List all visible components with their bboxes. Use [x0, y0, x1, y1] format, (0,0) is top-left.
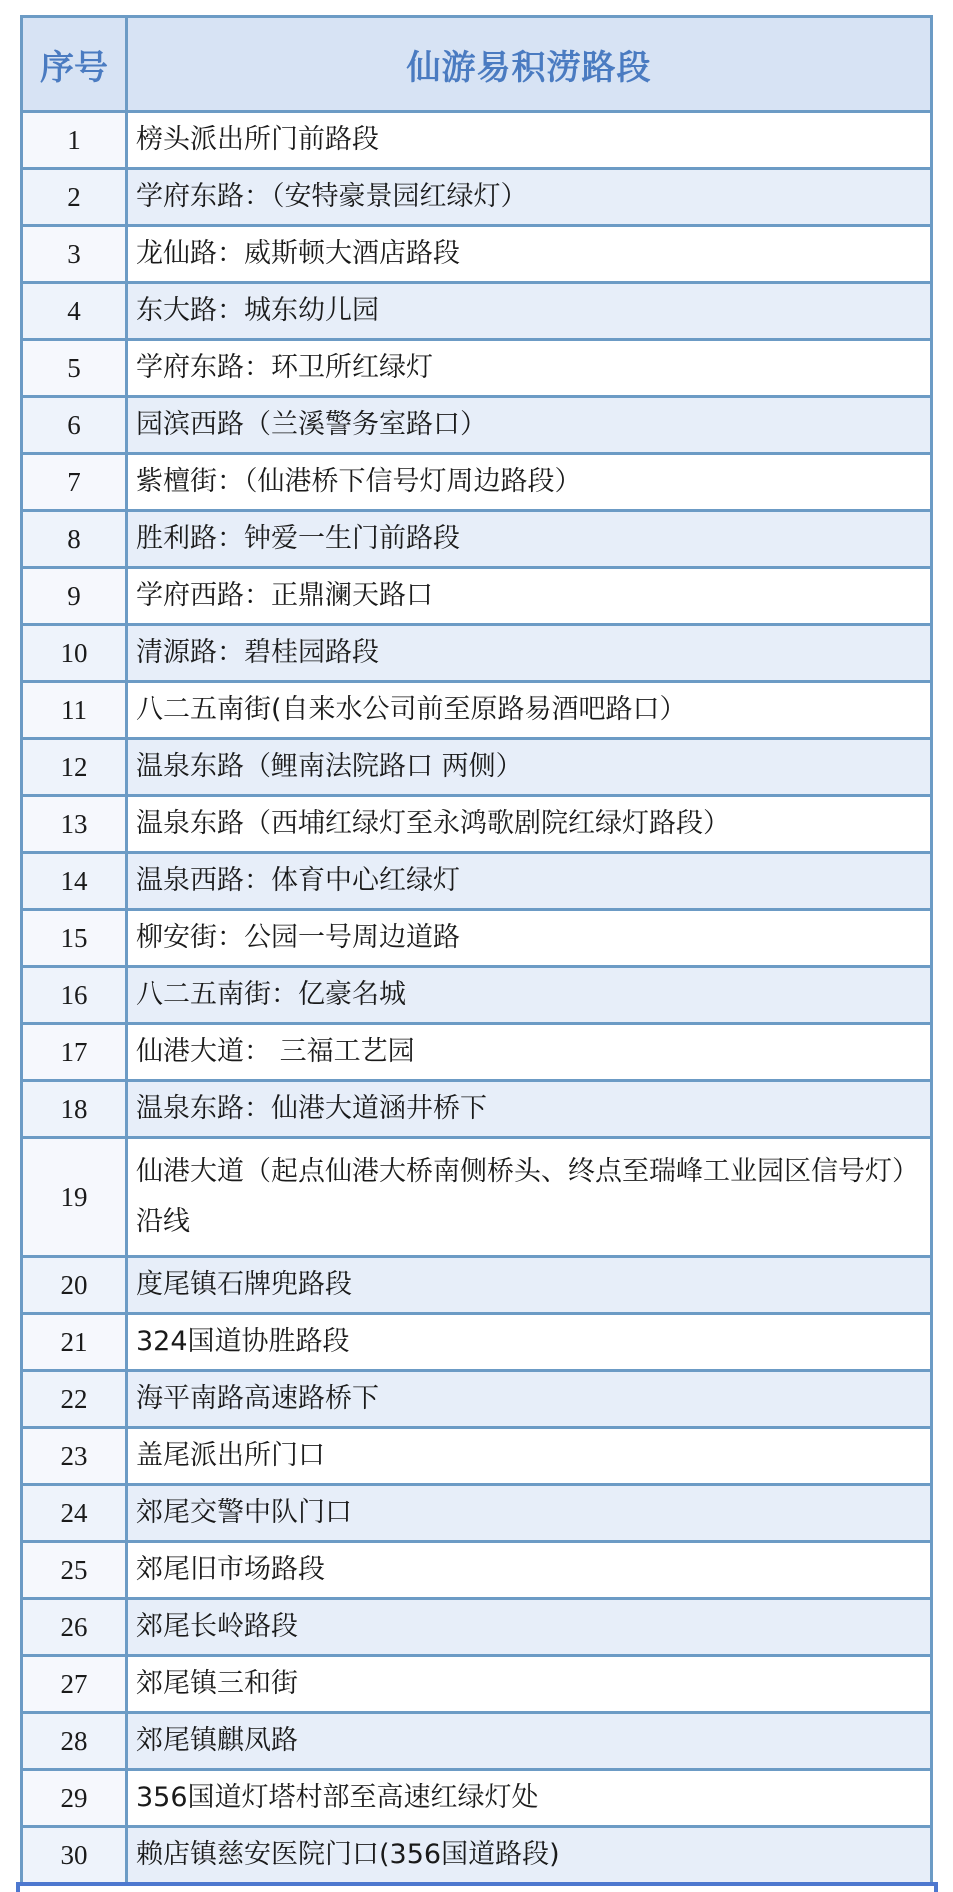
- row-road-segment: 温泉东路（鲤南法院路口 两侧）: [128, 740, 930, 794]
- row-road-segment: 郊尾长岭路段: [128, 1600, 930, 1654]
- row-road-segment: 园滨西路（兰溪警务室路口）: [128, 398, 930, 452]
- row-road-segment: 郊尾旧市场路段: [128, 1543, 930, 1597]
- row-road-segment: 海平南路高速路桥下: [128, 1372, 930, 1426]
- table-row: 19仙港大道（起点仙港大桥南侧桥头、终点至瑞峰工业园区信号灯）沿线: [23, 1139, 930, 1258]
- row-number: 29: [23, 1771, 128, 1825]
- table-row: 15柳安街：公园一号周边道路: [23, 911, 930, 968]
- row-number: 21: [23, 1315, 128, 1369]
- row-road-segment: 温泉西路：体育中心红绿灯: [128, 854, 930, 908]
- row-number: 19: [23, 1139, 128, 1255]
- row-road-segment: 柳安街：公园一号周边道路: [128, 911, 930, 965]
- row-road-segment: 紫檀街：（仙港桥下信号灯周边路段）: [128, 455, 930, 509]
- header-number-label: 序号: [23, 18, 128, 110]
- table-row: 16八二五南街：亿豪名城: [23, 968, 930, 1025]
- row-road-segment: 仙港大道： 三福工艺园: [128, 1025, 930, 1079]
- row-road-segment: 学府东路：（安特豪景园红绿灯）: [128, 170, 930, 224]
- table-row: 17仙港大道： 三福工艺园: [23, 1025, 930, 1082]
- table-row: 13温泉东路（西埔红绿灯至永鸿歌剧院红绿灯路段）: [23, 797, 930, 854]
- table-row: 9学府西路：正鼎澜天路口: [23, 569, 930, 626]
- row-number: 22: [23, 1372, 128, 1426]
- row-road-segment: 温泉东路：仙港大道涵井桥下: [128, 1082, 930, 1136]
- table-row: 30赖店镇慈安医院门口(356国道路段): [23, 1828, 930, 1882]
- table-row: 1榜头派出所门前路段: [23, 113, 930, 170]
- row-number: 28: [23, 1714, 128, 1768]
- row-number: 13: [23, 797, 128, 851]
- table-row: 5学府东路：环卫所红绿灯: [23, 341, 930, 398]
- table-row: 23盖尾派出所门口: [23, 1429, 930, 1486]
- table-row: 25郊尾旧市场路段: [23, 1543, 930, 1600]
- row-road-segment: 清源路：碧桂园路段: [128, 626, 930, 680]
- waterlogging-roads-table: 序号 仙游易积涝路段 1榜头派出所门前路段 2学府东路：（安特豪景园红绿灯） 3…: [20, 15, 933, 1885]
- row-number: 10: [23, 626, 128, 680]
- row-number: 27: [23, 1657, 128, 1711]
- row-number: 16: [23, 968, 128, 1022]
- table-row: 12温泉东路（鲤南法院路口 两侧）: [23, 740, 930, 797]
- row-road-segment: 仙港大道（起点仙港大桥南侧桥头、终点至瑞峰工业园区信号灯）沿线: [128, 1139, 930, 1255]
- row-road-segment: 郊尾镇麒凤路: [128, 1714, 930, 1768]
- row-number: 5: [23, 341, 128, 395]
- row-number: 4: [23, 284, 128, 338]
- row-road-segment: 东大路：城东幼儿园: [128, 284, 930, 338]
- row-number: 23: [23, 1429, 128, 1483]
- row-road-segment: 度尾镇石牌兜路段: [128, 1258, 930, 1312]
- table-row: 14温泉西路：体育中心红绿灯: [23, 854, 930, 911]
- row-number: 3: [23, 227, 128, 281]
- row-number: 25: [23, 1543, 128, 1597]
- row-number: 30: [23, 1828, 128, 1882]
- table-row: 10清源路：碧桂园路段: [23, 626, 930, 683]
- row-number: 26: [23, 1600, 128, 1654]
- row-road-segment: 盖尾派出所门口: [128, 1429, 930, 1483]
- table-row: 26郊尾长岭路段: [23, 1600, 930, 1657]
- row-road-segment: 郊尾交警中队门口: [128, 1486, 930, 1540]
- table-row: 28郊尾镇麒凤路: [23, 1714, 930, 1771]
- row-road-segment: 龙仙路：威斯顿大酒店路段: [128, 227, 930, 281]
- row-number: 18: [23, 1082, 128, 1136]
- table-row: 29356国道灯塔村部至高速红绿灯处: [23, 1771, 930, 1828]
- row-number: 8: [23, 512, 128, 566]
- row-number: 24: [23, 1486, 128, 1540]
- row-road-segment: 温泉东路（西埔红绿灯至永鸿歌剧院红绿灯路段）: [128, 797, 930, 851]
- row-road-segment: 榜头派出所门前路段: [128, 113, 930, 167]
- row-number: 20: [23, 1258, 128, 1312]
- table-row: 22海平南路高速路桥下: [23, 1372, 930, 1429]
- row-number: 11: [23, 683, 128, 737]
- row-road-segment: 324国道协胜路段: [128, 1315, 930, 1369]
- table-row: 8胜利路：钟爱一生门前路段: [23, 512, 930, 569]
- row-number: 14: [23, 854, 128, 908]
- table-row: 21324国道协胜路段: [23, 1315, 930, 1372]
- row-road-segment: 学府西路：正鼎澜天路口: [128, 569, 930, 623]
- row-number: 1: [23, 113, 128, 167]
- row-number: 9: [23, 569, 128, 623]
- row-number: 6: [23, 398, 128, 452]
- row-number: 17: [23, 1025, 128, 1079]
- row-road-segment: 郊尾镇三和街: [128, 1657, 930, 1711]
- row-road-segment: 赖店镇慈安医院门口(356国道路段): [128, 1828, 930, 1882]
- row-road-segment: 八二五南街(自来水公司前至原路易酒吧路口）: [128, 683, 930, 737]
- next-section-frame-edge: [16, 1882, 938, 1892]
- table-row: 20度尾镇石牌兜路段: [23, 1258, 930, 1315]
- table-row: 7紫檀街：（仙港桥下信号灯周边路段）: [23, 455, 930, 512]
- header-title: 仙游易积涝路段: [128, 18, 930, 110]
- table-row: 2学府东路：（安特豪景园红绿灯）: [23, 170, 930, 227]
- row-road-segment: 胜利路：钟爱一生门前路段: [128, 512, 930, 566]
- row-road-segment: 学府东路：环卫所红绿灯: [128, 341, 930, 395]
- table-row: 27郊尾镇三和街: [23, 1657, 930, 1714]
- table-row: 11八二五南街(自来水公司前至原路易酒吧路口）: [23, 683, 930, 740]
- table-row: 3龙仙路：威斯顿大酒店路段: [23, 227, 930, 284]
- row-number: 2: [23, 170, 128, 224]
- table-row: 4东大路：城东幼儿园: [23, 284, 930, 341]
- table-header: 序号 仙游易积涝路段: [23, 18, 930, 113]
- table-row: 24郊尾交警中队门口: [23, 1486, 930, 1543]
- row-number: 12: [23, 740, 128, 794]
- table-row: 6园滨西路（兰溪警务室路口）: [23, 398, 930, 455]
- row-road-segment: 八二五南街：亿豪名城: [128, 968, 930, 1022]
- table-row: 18温泉东路：仙港大道涵井桥下: [23, 1082, 930, 1139]
- row-number: 15: [23, 911, 128, 965]
- row-number: 7: [23, 455, 128, 509]
- row-road-segment: 356国道灯塔村部至高速红绿灯处: [128, 1771, 930, 1825]
